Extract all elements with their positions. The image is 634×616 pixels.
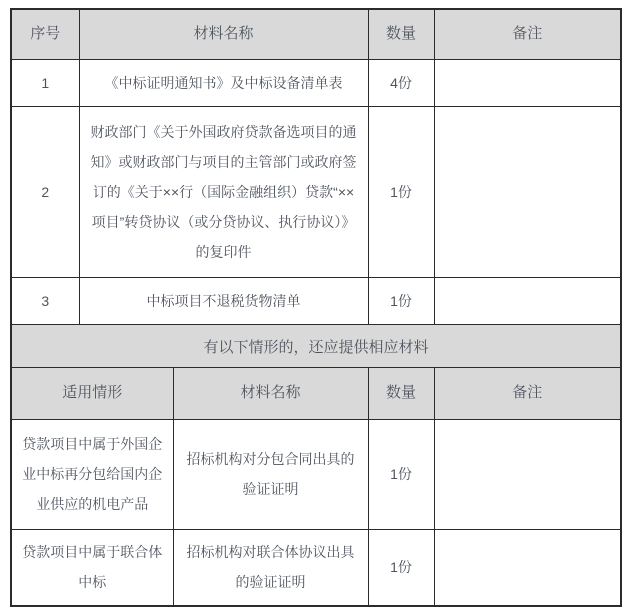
main-table-header-row: 序号 材料名称 数量 备注 xyxy=(12,10,620,59)
cell-situation: 贷款项目中属于外国企业中标再分包给国内企业供应的机电产品 xyxy=(12,419,173,529)
cell-serial: 1 xyxy=(12,59,79,106)
cell-serial: 3 xyxy=(12,277,79,324)
cell-material-name: 招标机构对分包合同出具的验证证明 xyxy=(173,419,368,529)
cell-material-name: 财政部门《关于外国政府贷款备选项目的通知》或财政部门与项目的主管部门或政府签订的… xyxy=(79,106,368,277)
cell-note xyxy=(434,106,620,277)
cell-quantity: 1份 xyxy=(368,529,434,605)
cell-note xyxy=(434,277,620,324)
table-row: 3 中标项目不退税货物清单 1份 xyxy=(12,277,620,324)
cell-quantity: 1份 xyxy=(368,277,434,324)
header-material-name: 材料名称 xyxy=(79,10,368,59)
header-quantity: 数量 xyxy=(368,10,434,59)
cell-quantity: 1份 xyxy=(368,106,434,277)
cell-note xyxy=(434,529,620,605)
cell-material-name: 招标机构对联合体协议出具的验证证明 xyxy=(173,529,368,605)
cell-note xyxy=(434,419,620,529)
header-material-name: 材料名称 xyxy=(173,368,368,419)
cell-situation: 贷款项目中属于联合体中标 xyxy=(12,529,173,605)
conditional-materials-table: 适用情形 材料名称 数量 备注 贷款项目中属于外国企业中标再分包给国内企业供应的… xyxy=(12,368,620,605)
table-row: 1 《中标证明通知书》及中标设备清单表 4份 xyxy=(12,59,620,106)
table-row: 2 财政部门《关于外国政府贷款备选项目的通知》或财政部门与项目的主管部门或政府签… xyxy=(12,106,620,277)
cell-material-name: 中标项目不退税货物清单 xyxy=(79,277,368,324)
table-row: 贷款项目中属于联合体中标 招标机构对联合体协议出具的验证证明 1份 xyxy=(12,529,620,605)
materials-checklist-table: 序号 材料名称 数量 备注 1 《中标证明通知书》及中标设备清单表 4份 2 财… xyxy=(10,8,622,607)
section-divider: 有以下情形的，还应提供相应材料 xyxy=(12,324,620,368)
header-note: 备注 xyxy=(434,368,620,419)
cell-quantity: 4份 xyxy=(368,59,434,106)
conditional-table-header-row: 适用情形 材料名称 数量 备注 xyxy=(12,368,620,419)
header-serial: 序号 xyxy=(12,10,79,59)
cell-serial: 2 xyxy=(12,106,79,277)
main-materials-table: 序号 材料名称 数量 备注 1 《中标证明通知书》及中标设备清单表 4份 2 财… xyxy=(12,10,620,324)
header-note: 备注 xyxy=(434,10,620,59)
cell-note xyxy=(434,59,620,106)
cell-material-name: 《中标证明通知书》及中标设备清单表 xyxy=(79,59,368,106)
cell-quantity: 1份 xyxy=(368,419,434,529)
table-row: 贷款项目中属于外国企业中标再分包给国内企业供应的机电产品 招标机构对分包合同出具… xyxy=(12,419,620,529)
header-quantity: 数量 xyxy=(368,368,434,419)
header-situation: 适用情形 xyxy=(12,368,173,419)
